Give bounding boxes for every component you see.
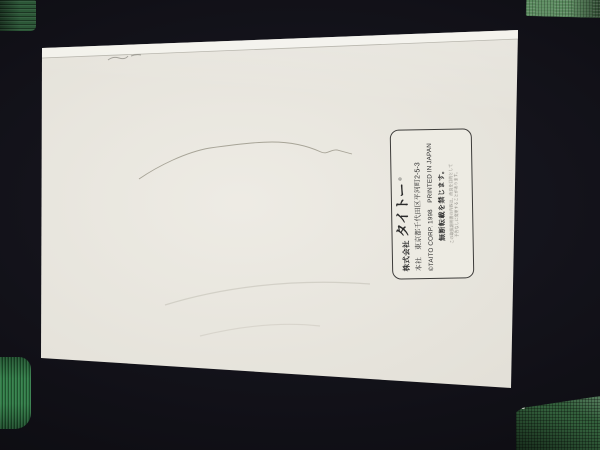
company-title-row: 株式会社 タイトー ® [396,136,411,271]
publisher-label-content: 株式会社 タイトー ® 本社 東京都千代田区平河町2-5-3 ©TAITO CO… [390,128,475,279]
photo-of-manual-back-cover: 株式会社 タイトー ® 本社 東京都千代田区平河町2-5-3 ©TAITO CO… [0,0,600,450]
green-tape-bottom-left [0,357,31,429]
head-office-address: 本社 東京都千代田区平河町2-5-3 [411,136,423,271]
green-tape-top-left [0,0,36,31]
reprint-prohibition-notice: 無断転載を禁じます。 [435,136,447,272]
fine-print-line-2: 予告なしに変更することがあります。 [453,164,459,244]
fine-print-text: この取扱説明書の内容は、改良を目的として 予告なしに変更することがあります。 [448,164,455,244]
taito-logo: タイトー [397,183,411,237]
green-tape-bottom-right [516,396,600,450]
paper-sheet [0,0,600,450]
fine-print: この取扱説明書の内容は、改良を目的として 予告なしに変更することがあります。 [447,136,460,272]
company-prefix: 株式会社 [403,240,411,271]
copyright-line: ©TAITO CORP. 1998 PRINTED IN JAPAN [424,136,435,271]
green-tape-top-right [526,0,600,18]
registered-trademark-icon: ® [399,177,404,180]
publisher-label-box: 株式会社 タイトー ® 本社 東京都千代田区平河町2-5-3 ©TAITO CO… [390,128,475,279]
